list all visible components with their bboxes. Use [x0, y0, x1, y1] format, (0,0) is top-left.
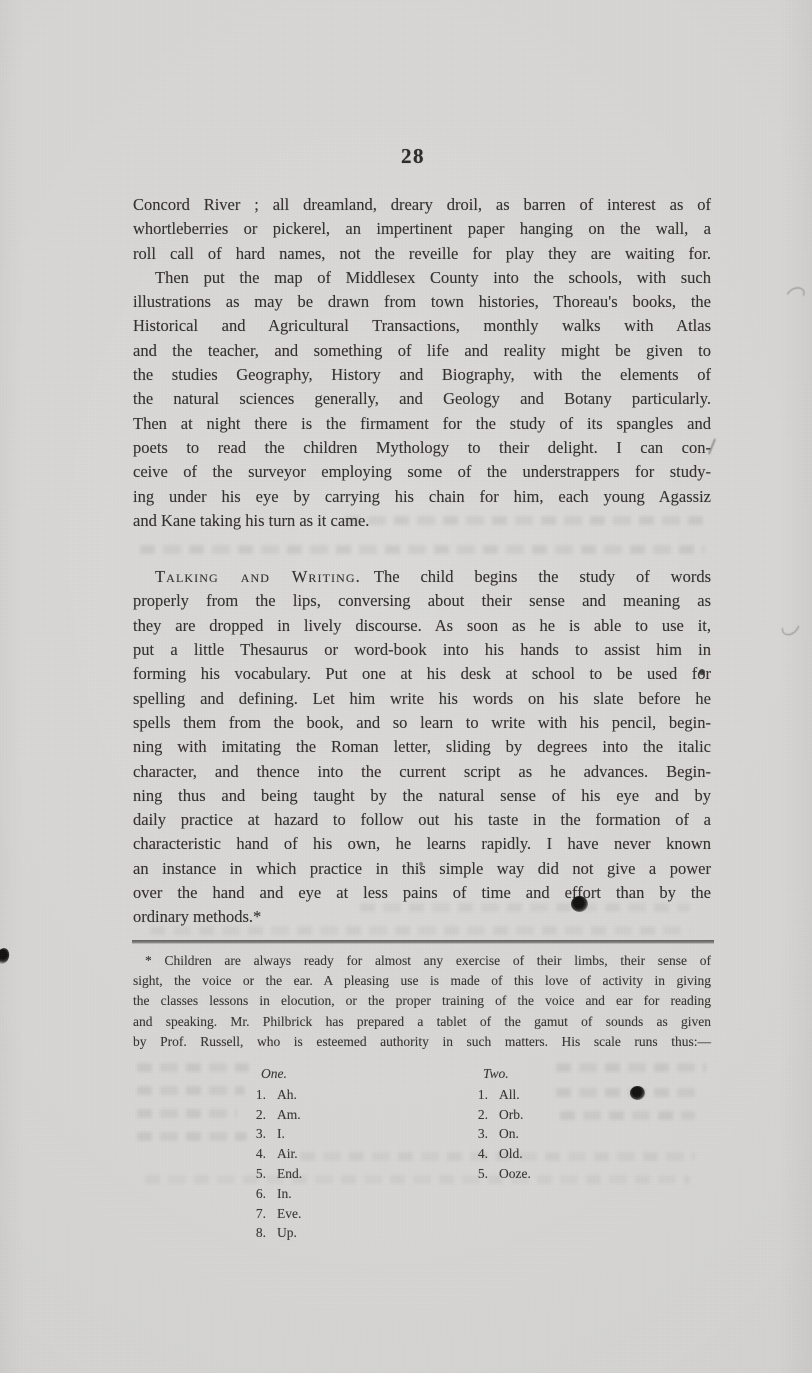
scale-item: 1.Ah.: [248, 1085, 302, 1105]
margin-curl-mark: [784, 284, 807, 305]
scale-item-number: 4.: [470, 1144, 488, 1164]
scale-item-word: Air.: [277, 1144, 298, 1164]
scale-item-word: End.: [277, 1164, 302, 1184]
footnote-line: * Children are always ready for almost a…: [133, 951, 711, 971]
scale-item-word: Am.: [277, 1105, 301, 1125]
show-through-text: [145, 1175, 690, 1184]
scale-item: 6.In.: [248, 1184, 302, 1204]
scale-two-title: Two.: [483, 1064, 531, 1084]
text-line: Concord River ; all dreamland, dreary dr…: [133, 193, 711, 217]
scale-item-word: Ah.: [277, 1085, 297, 1105]
footnote-divider: [132, 940, 714, 943]
scale-two-items: 1.All.2.Orb.3.On.4.Old.5.Ooze.: [470, 1085, 531, 1184]
text-line: illustrations as may be drawn from town …: [133, 290, 711, 314]
show-through-text: [137, 1109, 237, 1118]
text-line: and Kane taking his turn as it came.: [133, 509, 711, 533]
scale-item-word: I.: [277, 1124, 285, 1144]
scale-item-word: Orb.: [499, 1105, 523, 1125]
text-line: they are dropped in lively discourse. As…: [133, 614, 711, 638]
ink-speck: [699, 669, 705, 675]
ink-blot: [571, 896, 588, 912]
show-through-text: [556, 1063, 706, 1072]
text-line: roll call of hard names, not the reveill…: [133, 242, 711, 266]
text-line: properly from the lips, conversing about…: [133, 589, 711, 613]
scale-item: 7.Eve.: [248, 1204, 302, 1224]
paragraph: Concord River ; all dreamland, dreary dr…: [133, 193, 711, 266]
ink-speck: [419, 862, 423, 866]
text-line: put a little Thesaurus or word-book into…: [133, 638, 711, 662]
show-through-text: [556, 1088, 701, 1097]
scale-item-word: Up.: [277, 1223, 297, 1243]
text-line: ing under his eye by carrying his chain …: [133, 485, 711, 509]
scale-item-word: On.: [499, 1124, 519, 1144]
scale-item-number: 1.: [470, 1085, 488, 1105]
show-through-text: [137, 1132, 247, 1141]
scale-one-items: 1.Ah.2.Am.3.I.4.Air.5.End.6.In.7.Eve.8.U…: [248, 1085, 302, 1243]
scale-item-number: 8.: [248, 1223, 266, 1243]
paragraph: Then put the map of Middlesex County int…: [133, 266, 711, 533]
scale-item: 3.I.: [248, 1124, 302, 1144]
text-line: ning with imitating the Roman letter, sl…: [133, 735, 711, 759]
section-heading: Talking and Writing.: [155, 567, 361, 586]
scale-item: 2.Am.: [248, 1105, 302, 1125]
scale-column-two: Two. 1.All.2.Orb.3.On.4.Old.5.Ooze.: [470, 1064, 531, 1184]
scale-item-number: 3.: [248, 1124, 266, 1144]
scale-item: 3.On.: [470, 1124, 531, 1144]
margin-curl-mark: [779, 616, 803, 639]
text-line: ceive of the surveyor employing some of …: [133, 460, 711, 484]
paragraph: Talking and Writing.The child begins the…: [133, 565, 711, 929]
text-line: poets to read the children Mythology to …: [133, 436, 711, 460]
scale-column-one: One. 1.Ah.2.Am.3.I.4.Air.5.End.6.In.7.Ev…: [248, 1064, 302, 1243]
scanned-book-page: 28 Concord River ; all dreamland, dreary…: [0, 0, 812, 1373]
scale-item-word: Ooze.: [499, 1164, 531, 1184]
ink-blot: [630, 1086, 645, 1100]
scale-item: 1.All.: [470, 1085, 531, 1105]
text-line: character, and thence into the current s…: [133, 760, 711, 784]
footnote-block: * Children are always ready for almost a…: [133, 951, 711, 1052]
text-line: and the teacher, and something of life a…: [133, 339, 711, 363]
scale-item-number: 7.: [248, 1204, 266, 1224]
scale-item: 5.End.: [248, 1164, 302, 1184]
scale-item: 2.Orb.: [470, 1105, 531, 1125]
scale-item-word: All.: [499, 1085, 520, 1105]
ink-blot: [0, 947, 11, 966]
text-line: Talking and Writing.The child begins the…: [133, 565, 711, 589]
text-line: an instance in which practice in this si…: [133, 857, 711, 881]
text-line: daily practice at hazard to follow out h…: [133, 808, 711, 832]
text-line: ordinary methods.*: [133, 905, 711, 929]
text-line: spells them from the book, and so learn …: [133, 711, 711, 735]
scale-item-number: 3.: [470, 1124, 488, 1144]
scale-item-number: 4.: [248, 1144, 266, 1164]
scale-item: 5.Ooze.: [470, 1164, 531, 1184]
footnote-line: sight, the voice or the ear. A pleasing …: [133, 971, 711, 991]
text-line: Then put the map of Middlesex County int…: [133, 266, 711, 290]
text-line: whortleberries or pickerel, an impertine…: [133, 217, 711, 241]
scale-item: 4.Air.: [248, 1144, 302, 1164]
text-line: characteristic hand of his own, he learn…: [133, 832, 711, 856]
footnote-line: by Prof. Russell, who is esteemed author…: [133, 1032, 711, 1052]
scale-item-word: In.: [277, 1184, 292, 1204]
text-line: over the hand and eye at less pains of t…: [133, 881, 711, 905]
show-through-text: [137, 1086, 245, 1095]
scale-item-number: 6.: [248, 1184, 266, 1204]
scale-item-number: 5.: [248, 1164, 266, 1184]
body-text-block: Concord River ; all dreamland, dreary dr…: [133, 193, 711, 930]
text-line: Then at night there is the firmament for…: [133, 412, 711, 436]
text-line: spelling and defining. Let him write his…: [133, 687, 711, 711]
show-through-text: [560, 1111, 695, 1120]
scale-item-number: 2.: [470, 1105, 488, 1125]
scale-item-number: 5.: [470, 1164, 488, 1184]
page-number: 28: [133, 144, 693, 169]
text-line: the studies Geography, History and Biogr…: [133, 363, 711, 387]
scale-item-word: Old.: [499, 1144, 523, 1164]
scale-one-title: One.: [261, 1064, 302, 1084]
text-line: ning thus and being taught by the natura…: [133, 784, 711, 808]
footnote-line: the classes lessons in elocution, or the…: [133, 991, 711, 1011]
text-line: Historical and Agricultural Transactions…: [133, 314, 711, 338]
scale-item-word: Eve.: [277, 1204, 301, 1224]
footnote-line: and speaking. Mr. Philbrick has prepared…: [133, 1012, 711, 1032]
show-through-text: [137, 1063, 249, 1072]
text-line: the natural sciences generally, and Geol…: [133, 387, 711, 411]
text-line: forming his vocabulary. Put one at his d…: [133, 662, 711, 686]
scale-item: 8.Up.: [248, 1223, 302, 1243]
scale-item: 4.Old.: [470, 1144, 531, 1164]
scale-item-number: 2.: [248, 1105, 266, 1125]
scale-item-number: 1.: [248, 1085, 266, 1105]
